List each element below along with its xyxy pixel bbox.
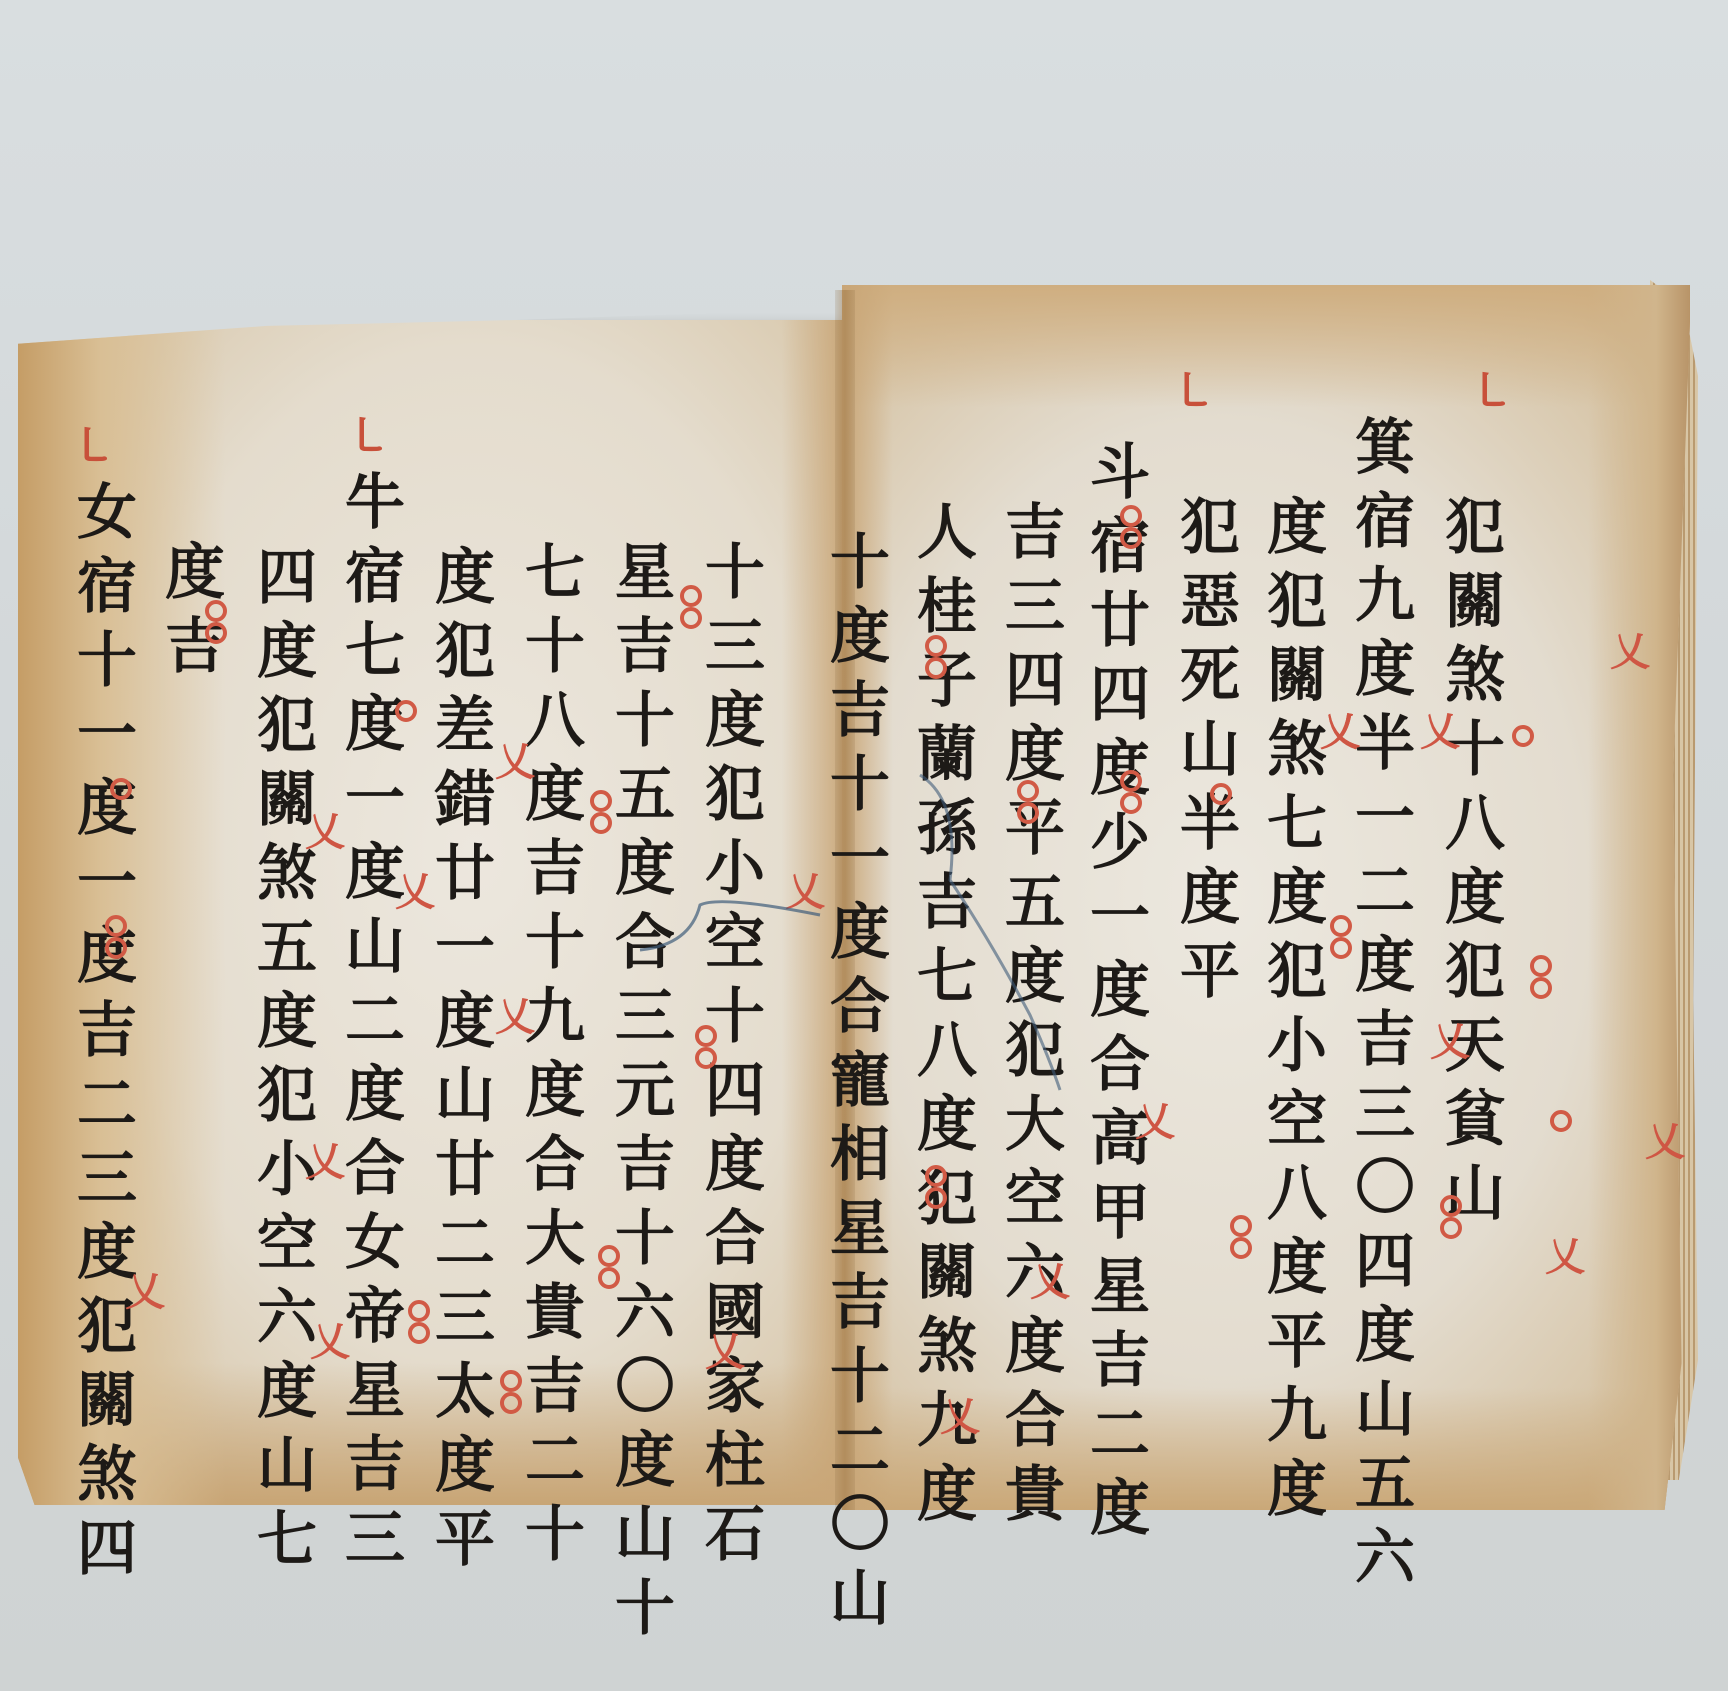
red-x-mark: 乂 [310, 1310, 350, 1367]
red-x-mark: 乂 [940, 1385, 980, 1442]
right-col-7: 人桂子蘭孫吉七八度犯關煞九度 [912, 500, 972, 1536]
red-circle-mark [1210, 783, 1232, 805]
red-x-mark: 乂 [305, 1130, 345, 1187]
red-start-mark: ㇄ [70, 410, 116, 476]
left-col-5: 牛宿七度一度山二度合女帝星吉三 [340, 470, 400, 1580]
red-double-circle-mark [1330, 915, 1352, 937]
red-start-mark: ㇄ [1170, 355, 1216, 421]
red-x-mark: 乂 [1135, 1090, 1175, 1147]
red-double-circle-mark [1230, 1215, 1252, 1237]
red-double-circle-mark [680, 585, 702, 607]
red-x-mark: 乂 [305, 800, 345, 857]
red-circle-mark [395, 700, 417, 722]
red-circle-mark [110, 778, 132, 800]
right-col-6: 吉三四度平五度犯大空六度合貴 [1000, 500, 1060, 1536]
red-x-mark: 乂 [495, 730, 535, 787]
red-double-circle-mark [590, 790, 612, 812]
right-col-4: 犯惡死山半度平 [1175, 495, 1235, 1013]
right-col-1: 犯關煞十八度犯天貧山 [1440, 495, 1500, 1235]
left-col-3: 七十八度吉十九度合大貴吉二十 [520, 540, 580, 1576]
red-x-mark: 乂 [1320, 700, 1360, 757]
red-x-mark: 乂 [495, 985, 535, 1042]
red-double-circle-mark [105, 915, 127, 937]
red-double-circle-mark [500, 1370, 522, 1392]
red-x-mark: 乂 [125, 1260, 165, 1317]
red-double-circle-mark [205, 600, 227, 622]
red-start-mark: ㇄ [1468, 355, 1514, 421]
red-double-circle-mark [1120, 505, 1142, 527]
red-x-mark: 乂 [395, 860, 435, 917]
open-manuscript-book: 犯關煞十八度犯天貧山 ㇄ 箕宿九度半一二度吉三〇四度山五六 度犯關煞七度犯小空八… [0, 0, 1728, 1691]
left-col-8: 女宿十一度一度吉二三度犯關煞四 [72, 480, 132, 1590]
red-circle-mark [1550, 1110, 1572, 1132]
red-circle-mark [1512, 725, 1534, 747]
red-double-circle-mark [1440, 1195, 1462, 1217]
red-x-mark: 乂 [1545, 1225, 1585, 1282]
left-col-2: 星吉十五度合三元吉十六〇度山十 [610, 540, 670, 1650]
red-x-mark: 乂 [1430, 1010, 1470, 1067]
red-double-circle-mark [695, 1025, 717, 1047]
red-double-circle-mark [925, 635, 947, 657]
red-x-mark: 乂 [705, 1320, 745, 1377]
red-x-mark: 乂 [785, 860, 825, 917]
red-double-circle-mark [925, 1165, 947, 1187]
right-col-5: 斗宿廿四度少一度合高甲星吉二度 [1085, 440, 1145, 1550]
right-col-2: 箕宿九度半一二度吉三〇四度山五六 [1350, 415, 1410, 1599]
red-double-circle-mark [1120, 770, 1142, 792]
right-col-8: 十度吉十一度合寵相星吉十二〇山 [825, 530, 885, 1640]
red-x-mark: 乂 [1610, 620, 1650, 677]
red-double-circle-mark [1530, 955, 1552, 977]
left-col-6: 四度犯關煞五度犯小空六度山七 [252, 545, 312, 1581]
red-double-circle-mark [408, 1300, 430, 1322]
red-double-circle-mark [1017, 780, 1039, 802]
right-col-3: 度犯關煞七度犯小空八度平九度 [1262, 495, 1322, 1531]
red-start-mark: ㇄ [345, 400, 391, 466]
left-col-4: 度犯差錯廿一度山廿二三太度平 [430, 545, 490, 1581]
red-x-mark: 乂 [1030, 1250, 1070, 1307]
red-x-mark: 乂 [1645, 1110, 1685, 1167]
red-x-mark: 乂 [1420, 700, 1460, 757]
red-double-circle-mark [598, 1245, 620, 1267]
